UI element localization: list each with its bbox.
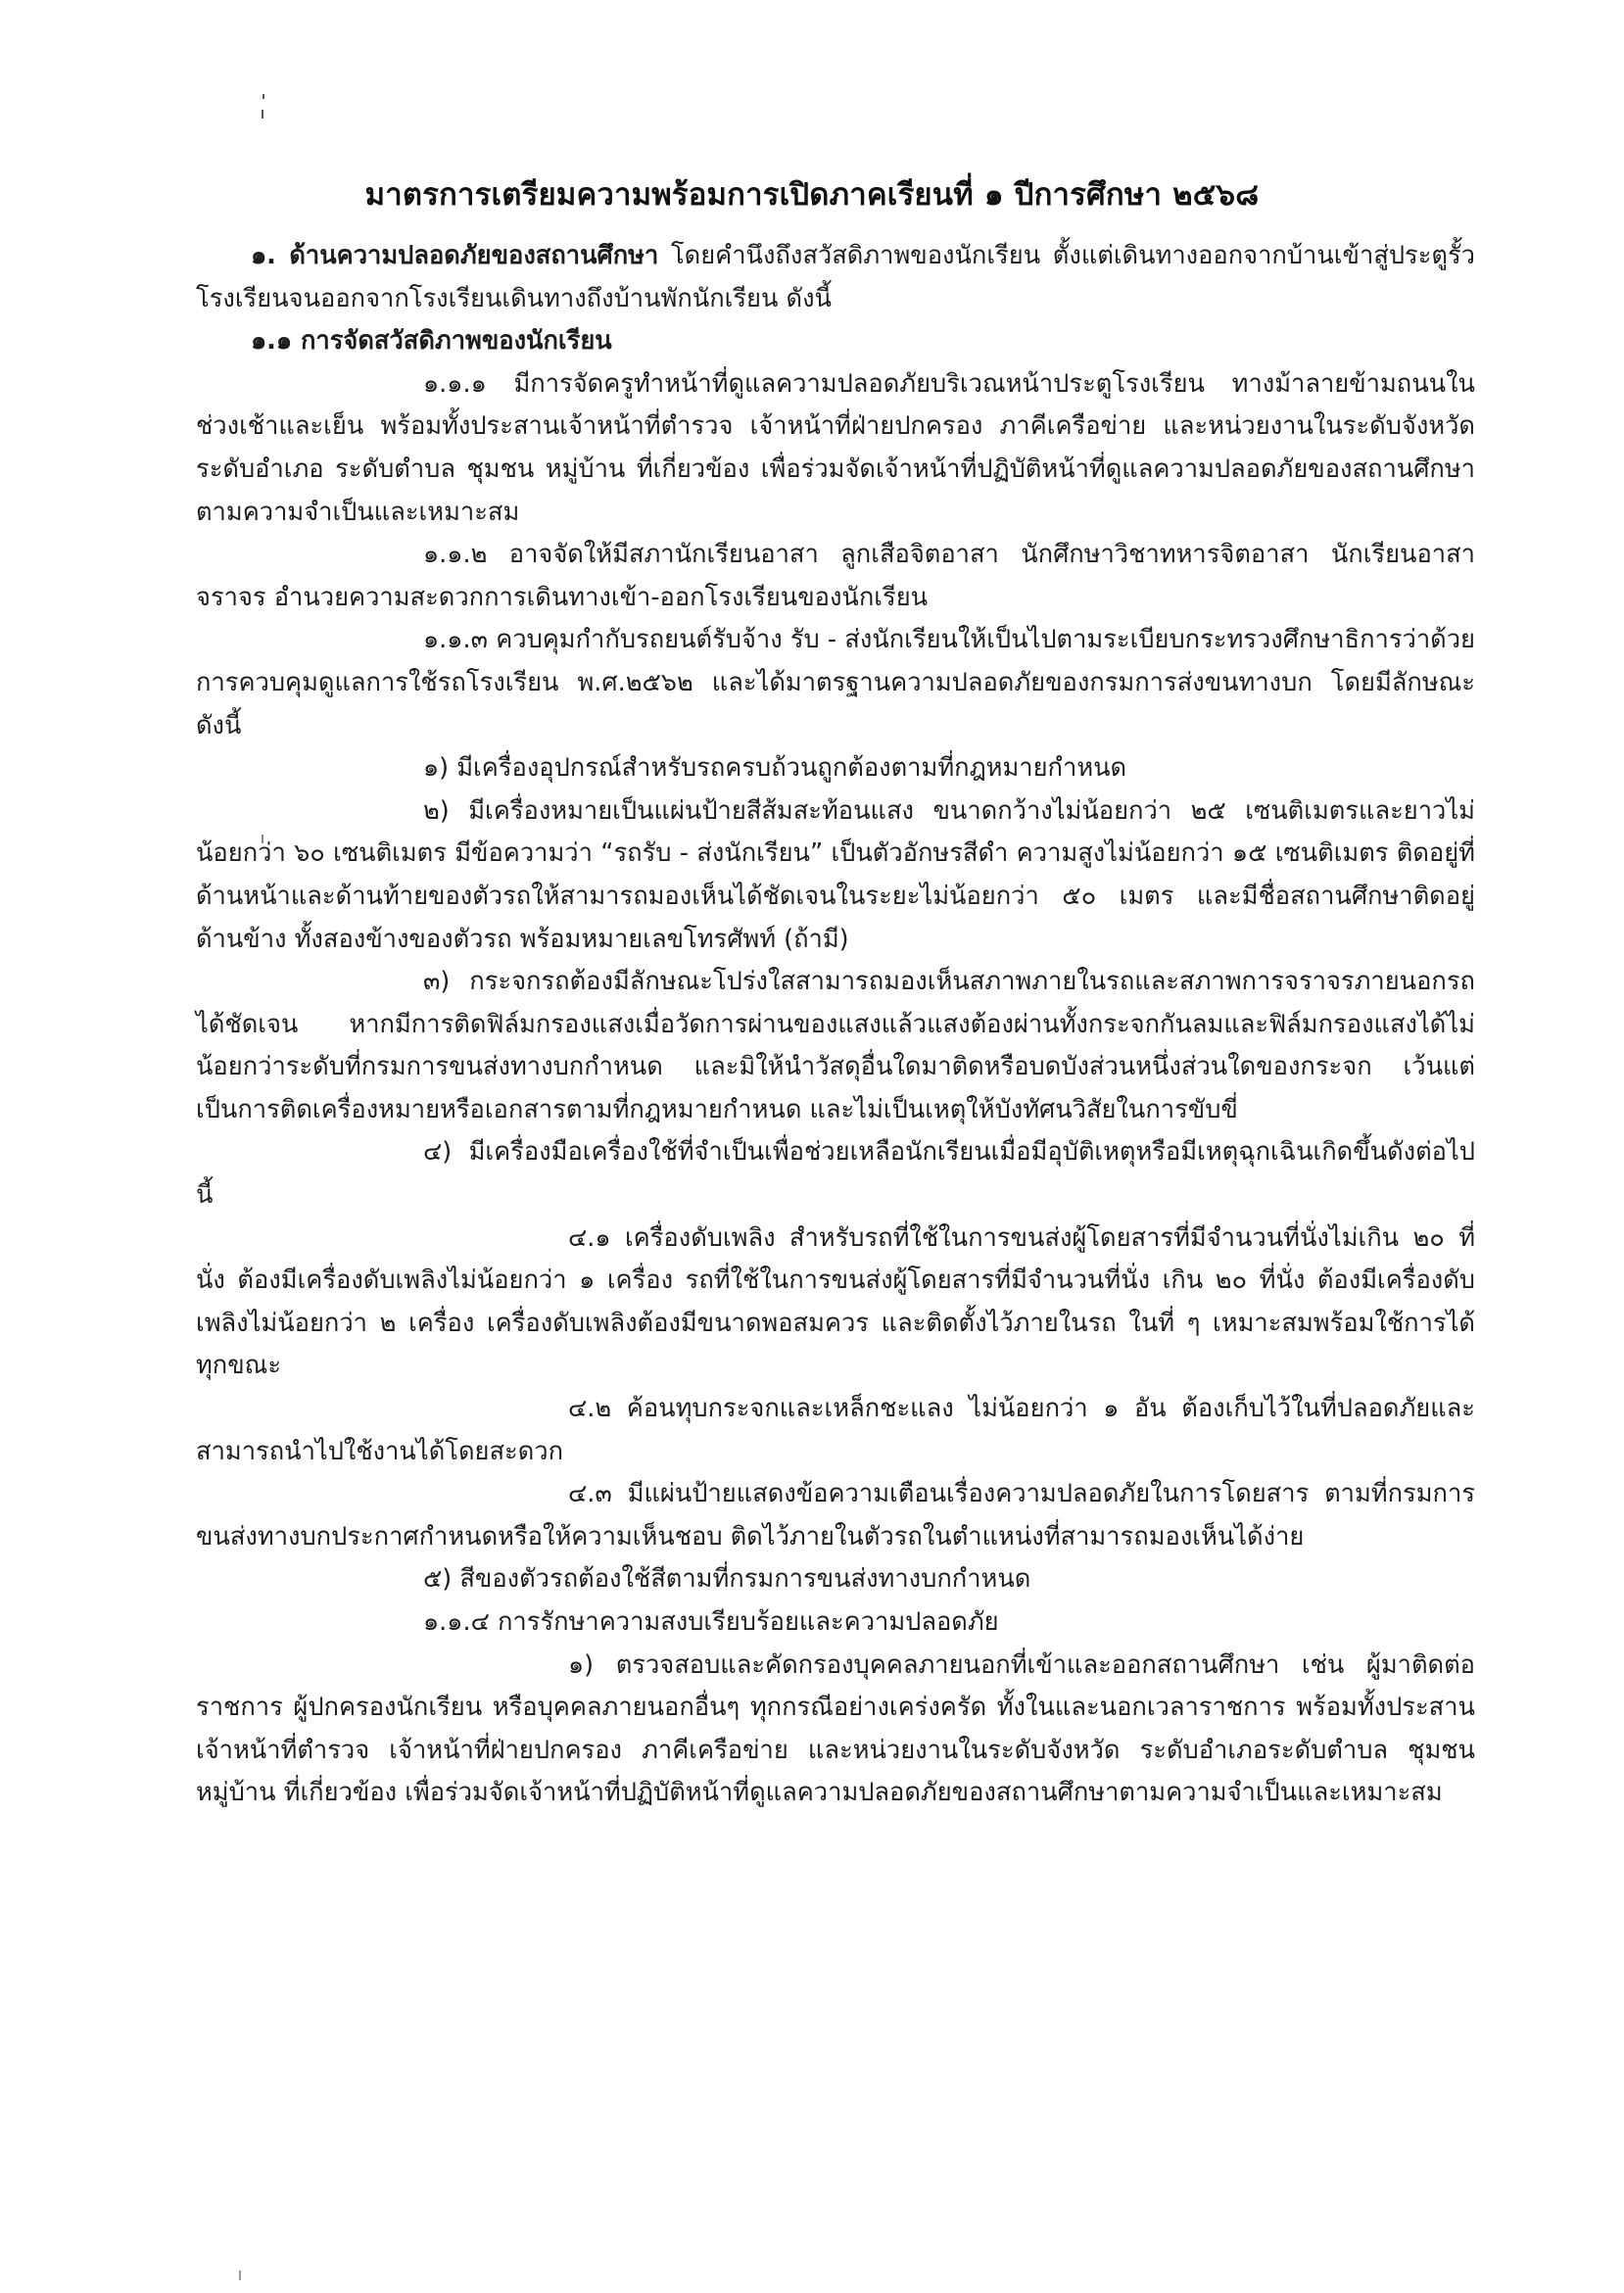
list-item-3: ๓) กระจกรถต้องมีลักษณะโปร่งใสสามารถมองเห… [196, 961, 1475, 1131]
paragraph-1-1-3: ๑.๑.๓ ควบคุมกำกับรถยนต์รับจ้าง รับ - ส่ง… [196, 619, 1475, 747]
paragraph-1-1-4-item-1: ๑) ตรวจสอบและคัดกรองบุคคลภายนอกที่เข้าแล… [196, 1645, 1475, 1815]
scan-speck [262, 110, 263, 119]
list-item-1: ๑) มีเครื่องอุปกรณ์สำหรับรถครบถ้วนถูกต้อ… [196, 747, 1475, 790]
list-item-4-1: ๔.๑ เครื่องดับเพลิง สำหรับรถที่ใช้ในการข… [196, 1218, 1475, 1388]
list-item-4: ๔) มีเครื่องมือเครื่องใช้ที่จำเป็นเพื่อช… [196, 1131, 1475, 1217]
list-item-4-3: ๔.๓ มีแผ่นป้ายแสดงข้อความเตือนเรื่องความ… [196, 1473, 1475, 1558]
list-item-4-2: ๔.๒ ค้อนทุบกระจกและเหล็กชะแลง ไม่น้อยกว่… [196, 1388, 1475, 1473]
document-title: มาตรการเตรียมความพร้อมการเปิดภาคเรียนที่… [0, 169, 1624, 218]
section-1-paragraph: ๑. ด้านความปลอดภัยของสถานศึกษา โดยคำนึงถ… [196, 235, 1475, 320]
list-item-2: ๒) มีเครื่องหมายเป็นแผ่นป้ายสีส้มสะท้อนแ… [196, 790, 1475, 961]
subsection-1-1-heading: ๑.๑ การจัดสวัสดิภาพของนักเรียน [196, 320, 1475, 363]
document-page: มาตรการเตรียมความพร้อมการเปิดภาคเรียนที่… [0, 0, 1624, 2293]
scan-speck [239, 2270, 241, 2280]
section-1-heading: ๑. ด้านความปลอดภัยของสถานศึกษา [251, 241, 658, 270]
paragraph-1-1-4: ๑.๑.๔ การรักษาความสงบเรียบร้อยและความปลอ… [196, 1601, 1475, 1645]
paragraph-1-1-1: ๑.๑.๑ มีการจัดครูทำหน้าที่ดูแลความปลอดภั… [196, 363, 1475, 534]
document-body: ๑. ด้านความปลอดภัยของสถานศึกษา โดยคำนึงถ… [196, 235, 1475, 1815]
scan-speck [263, 94, 264, 99]
paragraph-1-1-2: ๑.๑.๒ อาจจัดให้มีสภานักเรียนอาสา ลูกเสือ… [196, 534, 1475, 619]
list-item-5: ๕) สีของตัวรถต้องใช้สีตามที่กรมการขนส่งท… [196, 1558, 1475, 1601]
